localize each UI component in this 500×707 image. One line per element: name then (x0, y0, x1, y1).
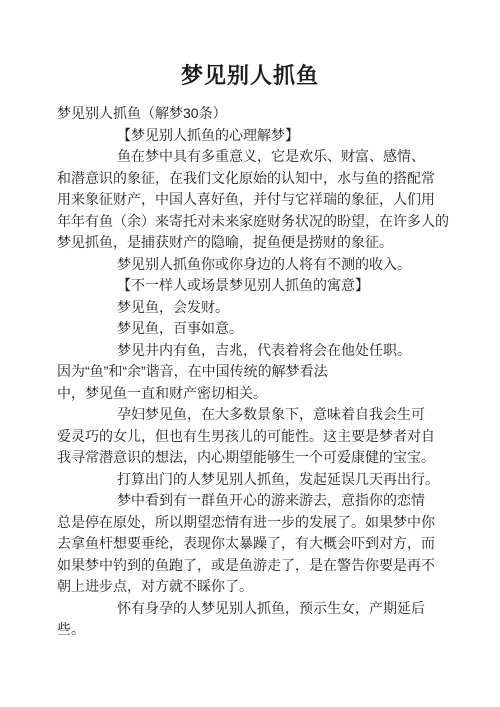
text-line: 因为“鱼”和“余”谐音，在中国传统的解梦看法 (57, 361, 457, 383)
document-body: 梦见别人抓鱼（解梦30条）【梦见别人抓鱼的心理解梦】鱼在梦中具有多重意义，它是欢… (57, 103, 457, 641)
text-line: 孕妇梦见鱼，在大多数景象下，意味着自我会生可 (57, 404, 457, 426)
text-line: 中，梦见鱼一直和财产密切相关。 (57, 383, 457, 405)
text-line: 梦见抓鱼，是捕获财产的隐喻，捉鱼便是捞财的象征。 (57, 232, 457, 254)
text-line: 我寻常潜意识的想法，内心期望能够生一个可爱康健的宝宝。 (57, 447, 457, 469)
text-line: 【不一样人或场景梦见别人抓鱼的寓意】 (57, 275, 457, 297)
text-line: 年年有鱼（余）来寄托对未来家庭财务状况的盼望，在许多人的 (57, 211, 457, 233)
text-line: 鱼在梦中具有多重意义，它是欢乐、财富、感情、 (57, 146, 457, 168)
text-line: 梦见鱼，会发财。 (57, 297, 457, 319)
text-line: 总是停在原处，所以期望恋情有进一步的发展了。如果梦中你 (57, 512, 457, 534)
text-line: 朝上进步点，对方就不睬你了。 (57, 576, 457, 598)
text-line: 和潜意识的象征，在我们文化原始的认知中，水与鱼的搭配常 (57, 168, 457, 190)
page-title: 梦见别人抓鱼 (0, 62, 500, 90)
text-line: 梦见鱼，百事如意。 (57, 318, 457, 340)
text-line: 如果梦中钓到的鱼跑了，或是鱼游走了，是在警告你要是再不 (57, 555, 457, 577)
text-line: 爱灵巧的女儿，但也有生男孩儿的可能性。这主要是梦者对自 (57, 426, 457, 448)
text-line: 怀有身孕的人梦见别人抓鱼，预示生女，产期延后 (57, 598, 457, 620)
text-line: 梦见井内有鱼，吉兆，代表着将会在他处任职。 (57, 340, 457, 362)
text-line: 梦中看到有一群鱼开心的游来游去，意指你的恋情 (57, 490, 457, 512)
text-line: 打算出门的人梦见别人抓鱼，发起延误几天再出行。 (57, 469, 457, 491)
text-line: 梦见别人抓鱼你或你身边的人将有不测的收入。 (57, 254, 457, 276)
text-line: 些。 (57, 619, 457, 641)
text-line: 【梦见别人抓鱼的心理解梦】 (57, 125, 457, 147)
text-line: 梦见别人抓鱼（解梦30条） (57, 103, 457, 125)
document-page: 梦见别人抓鱼 梦见别人抓鱼（解梦30条）【梦见别人抓鱼的心理解梦】鱼在梦中具有多… (0, 0, 500, 707)
text-line: 用来象征财产，中国人喜好鱼，并付与它祥瑞的象征，人们用 (57, 189, 457, 211)
text-line: 去拿鱼杆想要垂纶，表现你太暴躁了，有大概会吓到对方，而 (57, 533, 457, 555)
